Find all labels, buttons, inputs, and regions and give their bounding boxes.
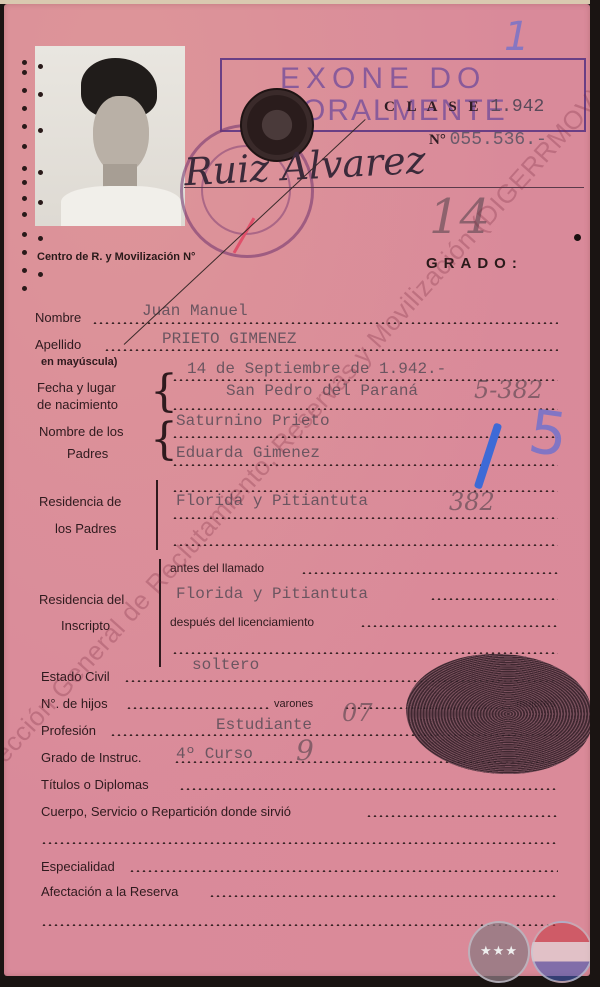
apellido-sublabel: en mayúscula) [41, 356, 117, 368]
grado-instruccion-pencil: 9 [296, 734, 314, 767]
blue-annotation-one [474, 422, 503, 489]
perforation-hole [22, 196, 27, 201]
blue-annotation-five: 5 [524, 397, 572, 472]
cuerpo-label: Cuerpo, Servicio o Repartición donde sir… [41, 804, 291, 819]
ink-dot [574, 234, 581, 241]
nombre-label: Nombre [35, 310, 81, 325]
afectacion-label: Afectación a la Reserva [41, 884, 178, 899]
apellido-value: PRIETO GIMENEZ [162, 330, 296, 348]
varones-label: varones [274, 698, 313, 710]
apellido-dots [104, 349, 558, 351]
padres-dots2 [172, 464, 558, 466]
despues-label: después del licenciamiento [170, 615, 314, 629]
residencia-padres-bracket [156, 480, 158, 550]
perforation-hole [38, 236, 43, 241]
antes-dots [301, 572, 558, 574]
stars-icon: ★★★ [470, 943, 528, 959]
cuerpo-dots2 [41, 842, 558, 844]
especialidad-dots [129, 870, 558, 872]
perforation-hole [22, 232, 27, 237]
nacimiento-value1: 14 de Septiembre de 1.942.- [187, 360, 446, 378]
nacimiento-label1: Fecha y lugar [37, 380, 116, 395]
archive-logo-right-flag-icon [531, 921, 593, 983]
perforation-hole [38, 170, 43, 175]
grado-instruccion-label: Grado de Instruc. [41, 750, 141, 765]
perforation-hole [38, 272, 43, 277]
residencia-inscripto-label1: Residencia del [39, 592, 124, 607]
despues-dots [360, 625, 558, 627]
clase-label: C L A S E [384, 99, 483, 115]
perforation-hole [38, 92, 43, 97]
perforation-hole [22, 144, 27, 149]
hijos-dots [126, 707, 271, 709]
apellido-label: Apellido [35, 337, 81, 352]
photo-shirt [61, 186, 181, 226]
perforation-hole [22, 60, 27, 65]
padres-brace: { [150, 414, 178, 465]
right-edge [590, 0, 600, 987]
antes-dots2 [430, 598, 558, 600]
residencia-padres-pencil: 382 [449, 488, 495, 516]
grado-instruccion-value: 4º Curso [176, 745, 253, 763]
residencia-padres-label1: Residencia de [39, 494, 121, 509]
perforation-hole [22, 250, 27, 255]
clase-field: C L A S E 1.942 [384, 97, 544, 117]
residencia-padres-label2: los Padres [55, 521, 116, 536]
blue-annotation-top: 1 [504, 14, 529, 60]
perforation-hole [22, 180, 27, 185]
perforation-hole [22, 70, 27, 75]
titulos-label: Títulos o Diplomas [41, 777, 149, 792]
perforation-hole [22, 106, 27, 111]
perforation-hole [38, 200, 43, 205]
archive-logo-left: ★★★ [468, 921, 530, 983]
portrait-photo [35, 46, 185, 226]
stamp-line1: EXONE DO [280, 62, 486, 96]
antes-value: Florida y Pitiantuta [176, 585, 368, 603]
hijos-pencil: 07 [342, 699, 373, 727]
padres-dots1 [172, 436, 558, 438]
padres-label2: Padres [67, 446, 108, 461]
residencia-padres-dots3 [172, 544, 558, 546]
perforation-hole [22, 166, 27, 171]
numero-label: N° [429, 132, 446, 148]
photo-face [93, 96, 149, 174]
perforation-hole [38, 128, 43, 133]
perforation-hole [22, 286, 27, 291]
nombre-dots [92, 322, 558, 324]
estado-civil-value: soltero [192, 656, 259, 674]
centro-label: Centro de R. y Movilización N° [37, 251, 195, 263]
profesion-value: Estudiante [216, 716, 312, 734]
perforation-hole [22, 268, 27, 273]
nacimiento-label2: de nacimiento [37, 397, 118, 412]
perforation-hole [22, 212, 27, 217]
padres-label1: Nombre de los [39, 424, 124, 439]
perforation-hole [22, 88, 27, 93]
clase-value: 1.942 [490, 97, 544, 117]
nacimiento-dots2 [172, 408, 558, 410]
cuerpo-dots [366, 815, 558, 817]
registration-card: EXONE DO PORALMENTE C L A S E 1.942 N° 0… [4, 4, 590, 976]
afectacion-dots [209, 895, 558, 897]
especialidad-label: Especialidad [41, 859, 115, 874]
perforation-hole [22, 124, 27, 129]
fingerprint [406, 654, 590, 774]
titulos-dots [179, 788, 558, 790]
